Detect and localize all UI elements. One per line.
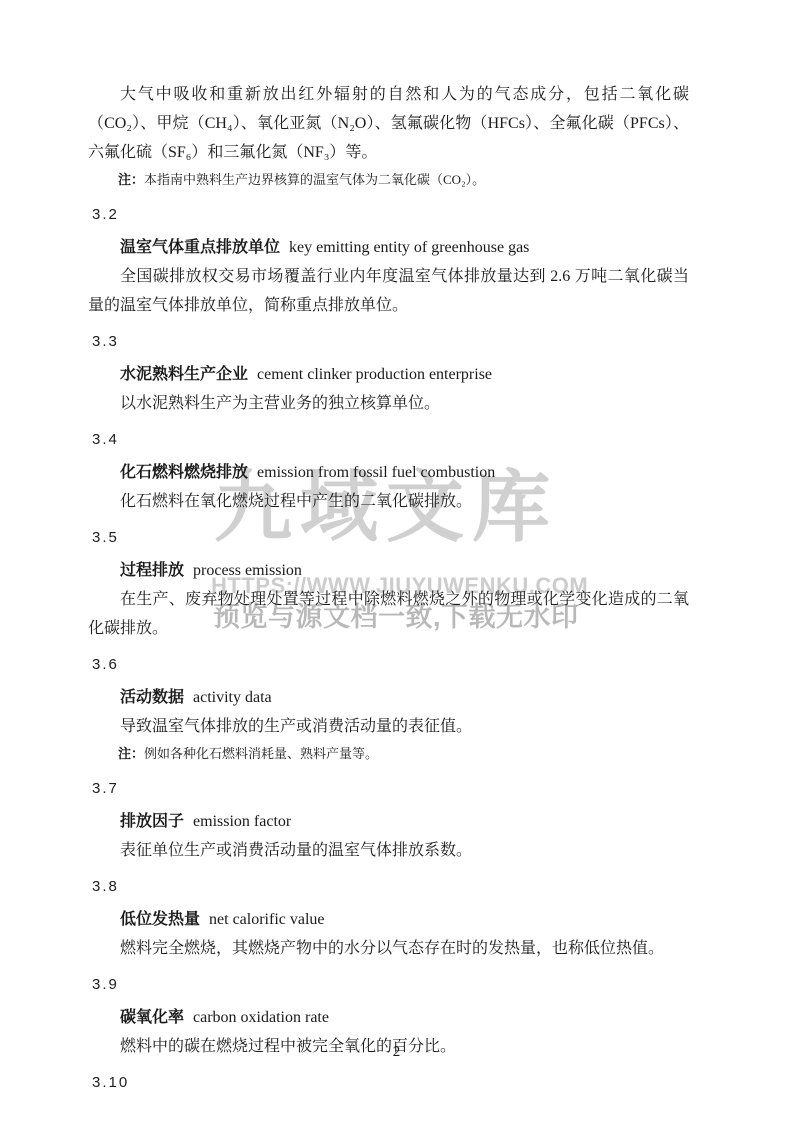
term-heading: 活动数据activity data (88, 683, 689, 712)
term-chinese: 过程排放 (120, 562, 184, 579)
term-definition: 化石燃料在氧化燃烧过程中产生的二氧化碳排放。 (88, 487, 689, 516)
term-chinese: 温室气体重点排放单位 (120, 239, 280, 256)
term-section: 3.8 低位发热量net calorific value 燃料完全燃烧，其燃烧产… (88, 872, 689, 963)
section-number: 3.8 (92, 872, 689, 901)
term-english: activity data (193, 689, 272, 706)
note-text: 例如各种化石燃料消耗量、熟料产量等。 (144, 746, 378, 761)
term-chinese: 活动数据 (120, 689, 184, 706)
section-number: 3.5 (92, 523, 689, 552)
term-section: 3.7 排放因子emission factor 表征单位生产或消费活动量的温室气… (88, 774, 689, 865)
intro-note: 注：本指南中熟料生产边界核算的温室气体为二氧化碳（CO₂）。 (88, 167, 689, 193)
term-heading: 水泥熟料生产企业cement clinker production enterp… (88, 360, 689, 389)
term-section: 3.10 (88, 1068, 689, 1097)
document-body: 大气中吸收和重新放出红外辐射的自然和人为的气态成分，包括二氧化碳（CO₂）、甲烷… (88, 80, 689, 1097)
section-number: 3.2 (92, 200, 689, 229)
term-heading: 温室气体重点排放单位key emitting entity of greenho… (88, 233, 689, 262)
term-section: 3.2 温室气体重点排放单位key emitting entity of gre… (88, 200, 689, 320)
term-definition: 全国碳排放权交易市场覆盖行业内年度温室气体排放量达到 2.6 万吨二氧化碳当量的… (88, 262, 689, 320)
term-definition: 导致温室气体排放的生产或消费活动量的表征值。 (88, 712, 689, 741)
term-chinese: 化石燃料燃烧排放 (120, 464, 248, 481)
page-number: 2 (0, 1044, 793, 1061)
term-definition: 表征单位生产或消费活动量的温室气体排放系数。 (88, 836, 689, 865)
term-english: net calorific value (209, 911, 325, 928)
term-heading: 低位发热量net calorific value (88, 905, 689, 934)
term-definition: 燃料完全燃烧，其燃烧产物中的水分以气态存在时的发热量，也称低位热值。 (88, 934, 689, 963)
term-english: carbon oxidation rate (193, 1009, 329, 1026)
section-number: 3.9 (92, 970, 689, 999)
section-number: 3.7 (92, 774, 689, 803)
term-english: cement clinker production enterprise (257, 366, 492, 383)
section-number: 3.10 (92, 1068, 689, 1097)
intro-paragraph: 大气中吸收和重新放出红外辐射的自然和人为的气态成分，包括二氧化碳（CO₂）、甲烷… (88, 80, 689, 167)
term-chinese: 碳氧化率 (120, 1009, 184, 1026)
term-english: key emitting entity of greenhouse gas (289, 239, 529, 256)
term-heading: 过程排放process emission (88, 556, 689, 585)
term-heading: 化石燃料燃烧排放emission from fossil fuel combus… (88, 458, 689, 487)
section-number: 3.6 (92, 650, 689, 679)
terms-sections: 3.2 温室气体重点排放单位key emitting entity of gre… (88, 200, 689, 1097)
term-section: 3.5 过程排放process emission 在生产、废弃物处理处置等过程中… (88, 523, 689, 643)
term-chinese: 低位发热量 (120, 911, 200, 928)
term-section: 3.4 化石燃料燃烧排放emission from fossil fuel co… (88, 425, 689, 516)
document-page: 九域文库 HTTPS://WWW.JIUYUWENKU.COM 预览与源文档一致… (0, 0, 793, 1122)
note-label: 注： (118, 746, 144, 761)
section-number: 3.4 (92, 425, 689, 454)
term-english: emission from fossil fuel combustion (257, 464, 495, 481)
term-section: 3.6 活动数据activity data 导致温室气体排放的生产或消费活动量的… (88, 650, 689, 767)
note-label: 注： (118, 172, 144, 187)
note-text: 本指南中熟料生产边界核算的温室气体为二氧化碳（CO₂）。 (144, 172, 485, 187)
term-english: emission factor (193, 813, 291, 830)
term-chinese: 水泥熟料生产企业 (120, 366, 248, 383)
term-definition: 以水泥熟料生产为主营业务的独立核算单位。 (88, 389, 689, 418)
term-heading: 排放因子emission factor (88, 807, 689, 836)
term-section: 3.3 水泥熟料生产企业cement clinker production en… (88, 327, 689, 418)
term-definition: 在生产、废弃物处理处置等过程中除燃料燃烧之外的物理或化学变化造成的二氧化碳排放。 (88, 585, 689, 643)
section-number: 3.3 (92, 327, 689, 356)
term-note: 注：例如各种化石燃料消耗量、熟料产量等。 (88, 741, 689, 767)
term-english: process emission (193, 562, 302, 579)
term-heading: 碳氧化率carbon oxidation rate (88, 1003, 689, 1032)
term-chinese: 排放因子 (120, 813, 184, 830)
